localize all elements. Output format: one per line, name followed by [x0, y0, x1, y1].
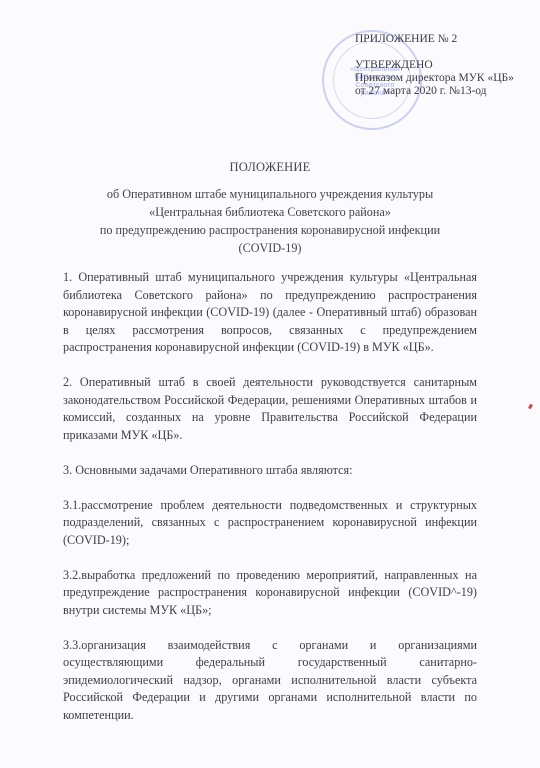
- subtitle-line-2: «Центральная библиотека Советского район…: [60, 203, 480, 221]
- red-pen-mark: [528, 404, 533, 410]
- subtitle-line-3: по предупреждению распространения корона…: [60, 221, 480, 239]
- approval-block: ПРИЛОЖЕНИЕ № 2 УТВЕРЖДЕНО Приказом дирек…: [355, 33, 514, 98]
- document-page: «Центральная Библиотека Советского район…: [0, 0, 540, 768]
- subtitle-line-4: (COVID-19): [60, 239, 480, 257]
- document-title-block: ПОЛОЖЕНИЕ об Оперативном штабе муниципал…: [60, 158, 480, 257]
- paragraph-1: 1. Оперативный штаб муниципального учреж…: [63, 269, 477, 357]
- document-body: 1. Оперативный штаб муниципального учреж…: [63, 269, 477, 742]
- paragraph-3-1: 3.1.рассмотрение проблем деятельности по…: [63, 497, 477, 550]
- paragraph-3: 3. Основными задачами Оперативного штаба…: [63, 462, 477, 480]
- approved-label: УТВЕРЖДЕНО: [355, 59, 514, 72]
- paragraph-3-2: 3.2.выработка предложений по проведению …: [63, 567, 477, 620]
- subtitle-line-1: об Оперативном штабе муниципального учре…: [60, 185, 480, 203]
- document-title: ПОЛОЖЕНИЕ: [60, 158, 480, 176]
- order-by: Приказом директора МУК «ЦБ»: [355, 72, 514, 85]
- paragraph-2: 2. Оперативный штаб в своей деятельности…: [63, 374, 477, 444]
- paragraph-3-3: 3.3.организация взаимодействия с органам…: [63, 637, 477, 725]
- appendix-label: ПРИЛОЖЕНИЕ № 2: [355, 33, 514, 46]
- order-date: от 27 марта 2020 г. №13-од: [355, 85, 514, 98]
